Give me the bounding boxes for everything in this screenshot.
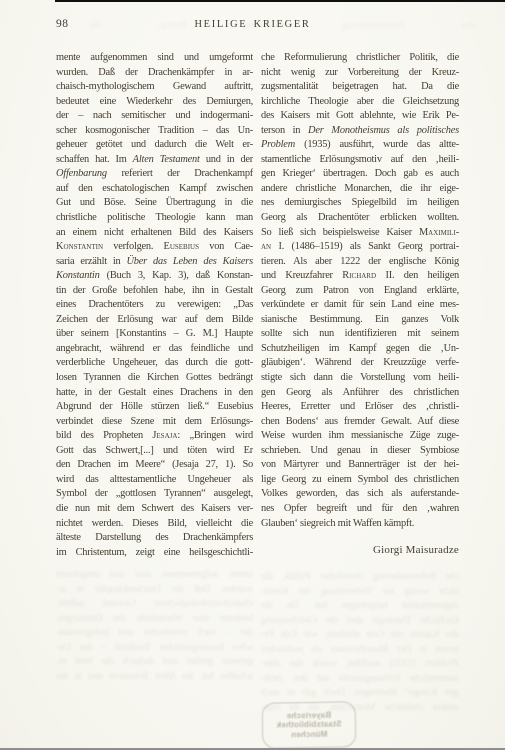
bleedthrough-line: gen Krieger‘ übertragen. Doch gab es auc…: [261, 686, 459, 701]
text-line: stamentliche Erlösungsmotiv auf den ‚hei…: [261, 153, 459, 168]
text-line: Abgrund der Hölle stürzen ließ.“ Eusebiu…: [56, 400, 253, 415]
bleedthrough-line: der – nach semitischer und indogermani-: [56, 626, 253, 641]
text-line: Konstantin (Buch 3, Kap. 3), daß Konstan…: [56, 269, 253, 284]
text-line: Gut und Böse. Seine Übertragung in die: [56, 196, 253, 211]
text-line: Weise wurden ihm messianische Züge zuge-: [261, 429, 459, 444]
scanned-book-page: che Reformulierung christlicher Politik,…: [0, 0, 505, 750]
text-line: Volkes geworden, das sich als auferstand…: [261, 487, 459, 502]
text-line: schaffen hat. Im Alten Testament und in …: [56, 153, 253, 168]
text-line: chen Bodens‘ aus fremder Gewalt. Auf die…: [261, 415, 459, 430]
text-line: über seinem [Konstantins – G. M.] Haupte: [56, 327, 253, 342]
text-line: des Kaisers mit Gott ablehnte, wie Erik …: [261, 109, 459, 124]
bleedthrough-line: Problem (1935) ausführt, wurde das altte…: [261, 657, 459, 672]
text-line: gen Georg als Anführer des christlichen: [261, 386, 459, 401]
text-line: verbindet diese Szene mit dem Erlösungs-: [56, 415, 253, 430]
text-line: schrieben. Und genau in dieser Symbiose: [261, 444, 459, 459]
bleedthrough-line: stamentliche Erlösungsmotiv auf den ‚hei…: [261, 672, 459, 687]
text-line: an I. (1486–1519) als Sankt Georg portra…: [261, 240, 459, 255]
bleedthrough-left-column: mente aufgenommen sind und umgeformtwurd…: [56, 568, 253, 684]
bleedthrough-line: des Kaisers mit Gott ablehnte, wie Erik …: [261, 628, 459, 643]
text-line: Problem (1935) ausführt, wurde das altte…: [261, 138, 459, 153]
text-line: verderbliche Ungeheuer, das durch die go…: [56, 356, 253, 371]
text-line: chaisch-mythologischem Gewand auftritt,: [56, 80, 253, 95]
text-line: tieren. Als aber 1222 der englische Köni…: [261, 255, 459, 270]
bleedthrough-line: nicht wenig zur Vorbereitung der Kreuz-: [261, 585, 459, 600]
text-line: die nun mit dem Schwert des Kaisers ver-: [56, 502, 253, 517]
text-line: Gott das Schwert,[...] und töten wird Er: [56, 444, 253, 459]
text-line: scher kosmogonischer Tradition – das Un-: [56, 124, 253, 139]
text-line: Heeres, Erretter und Erlöser des ‚christ…: [261, 400, 459, 415]
text-line: Zeichen der Erlösung war auf dem Bilde: [56, 313, 253, 328]
text-line: zugsmentalität beigetragen hat. Da die: [261, 80, 459, 95]
text-line: andere christliche Monarchen, die ihr ei…: [261, 182, 459, 197]
text-line: Glauben‘ siegreich mit Waffen kämpft.: [261, 517, 459, 532]
text-line: nes Opfer begreift und für den ‚wahren: [261, 502, 459, 517]
text-line: im Christentum, zeigt eine heilsgeschich…: [56, 546, 253, 561]
text-line: Schutzheiligen im Kampf gegen die ‚Un-: [261, 342, 459, 357]
library-stamp-line: Staatsbibliothek: [276, 720, 341, 731]
text-line: und Kreuzfahrer Richard II. den heiligen: [261, 269, 459, 284]
text-line: lige Georg zu einem Symbol des christlic…: [261, 473, 459, 488]
text-line: Offenbarung referiert der Drachenkampf: [56, 167, 253, 182]
text-line: bild des Propheten Jesaja: „Bringen wird: [56, 429, 253, 444]
text-line: sianische Bestimmung. Ein ganzes Volk: [261, 313, 459, 328]
scan-top-edge-bar: [55, 0, 505, 2]
text-line: losen Tyrannen die Kirchen Gottes bedrän…: [56, 371, 253, 386]
text-line: eines Drachentöters zu verewigen: „Das: [56, 298, 253, 313]
text-line: bedeutet eine Wiederkehr des Demiurgen,: [56, 95, 253, 110]
bleedthrough-line: zugsmentalität beigetragen hat. Da die: [261, 599, 459, 614]
text-line: saria erzählt in Über das Leben des Kais…: [56, 255, 253, 270]
library-stamp-line: München: [291, 729, 328, 739]
text-line: angebracht, während er das feindliche un…: [56, 342, 253, 357]
text-line: der – nach semitischer und indogermani-: [56, 109, 253, 124]
text-line: kirchliche Theologie aber die Gleichsetz…: [261, 95, 459, 110]
text-line: wird das alttestamentliche Ungeheuer als: [56, 473, 253, 488]
text-line: Georg als Drachentöter erblicken wollten…: [261, 211, 459, 226]
bleedthrough-line: scher kosmogonischer Tradition – das Un-: [56, 641, 253, 656]
text-line: christliche politische Theologie kann ma…: [56, 211, 253, 226]
text-column-right: che Reformulierung christlicher Politik,…: [261, 51, 459, 556]
text-line: nes demiurgisches Spiegelbild im heilige…: [261, 196, 459, 211]
text-line: nichtet werden. Dieses Bild, vielleicht …: [56, 517, 253, 532]
text-line: den Drachen im Meere“ (Jesaja 27, 1). So: [56, 458, 253, 473]
bleedthrough-line: schaffen hat. Im Alten Testament und in …: [56, 670, 253, 685]
text-line: stigte sich dann die Vorstellung vom hei…: [261, 371, 459, 386]
text-line: tin der Große befohlen habe, ihn in Gest…: [56, 284, 253, 299]
bleedthrough-line: terson in Der Monotheismus als politisch…: [261, 643, 459, 658]
text-line: So ließ sich beispielsweise Kaiser Maxim…: [261, 226, 459, 241]
text-line: von Märtyrer und Bannerträger ist der he…: [261, 458, 459, 473]
author-byline: Giorgi Maisuradze: [261, 544, 459, 556]
bleedthrough-line: bedeutet eine Wiederkehr des Demiurgen,: [56, 612, 253, 627]
bleedthrough-line: chaisch-mythologischem Gewand auftritt,: [56, 597, 253, 612]
text-line: mente aufgenommen sind und umgeformt: [56, 51, 253, 66]
text-column-left: mente aufgenommen sind und umgeformtwurd…: [56, 51, 253, 560]
bleedthrough-line: geheuer getötet und dadurch die Welt er-: [56, 655, 253, 670]
text-line: wurden. Daß der Drachenkämpfer in ar-: [56, 66, 253, 81]
bleedthrough-line: mente aufgenommen sind und umgeformt: [56, 568, 253, 583]
text-line: älteste Darstellung des Drachenkämpfers: [56, 531, 253, 546]
text-line: hatte, in der Gestalt eines Drachens in …: [56, 386, 253, 401]
bleedthrough-line: wurden. Daß der Drachenkämpfer in ar-: [56, 583, 253, 598]
text-line: Georg zum Patron von England erklärte,: [261, 284, 459, 299]
text-line: geheuer getötet und dadurch die Welt er-: [56, 138, 253, 153]
text-line: Konstantin verfolgen. Eusebius von Cae-: [56, 240, 253, 255]
text-line: nicht wenig zur Vorbereitung der Kreuz-: [261, 66, 459, 81]
bleedthrough-right-column: che Reformulierung christlicher Politik,…: [261, 570, 459, 715]
text-line: che Reformulierung christlicher Politik,…: [261, 51, 459, 66]
text-line: an einem nicht erhaltenen Bild des Kaise…: [56, 226, 253, 241]
bleedthrough-line: kirchliche Theologie aber die Gleichsetz…: [261, 614, 459, 629]
text-line: gen Krieger‘ übertragen. Doch gab es auc…: [261, 167, 459, 182]
bleedthrough-line: che Reformulierung christlicher Politik,…: [261, 570, 459, 585]
text-line: verkündete er damit für sein Land eine m…: [261, 298, 459, 313]
text-line: terson in Der Monotheismus als politisch…: [261, 124, 459, 139]
text-line: sollte sich nun identifizieren mit seine…: [261, 327, 459, 342]
text-line: Symbol der „gottlosen Tyrannen“ ausgeleg…: [56, 487, 253, 502]
library-stamp: Bayerische Staatsbibliothek München: [262, 701, 357, 749]
text-column-right-lines: che Reformulierung christlicher Politik,…: [261, 51, 459, 531]
text-line: auf den eschatologischen Kampf zwischen: [56, 182, 253, 197]
running-head: HEILIGE KRIEGER: [0, 19, 505, 30]
text-line: gläubigen‘. Während der Kreuzzüge verfe-: [261, 356, 459, 371]
